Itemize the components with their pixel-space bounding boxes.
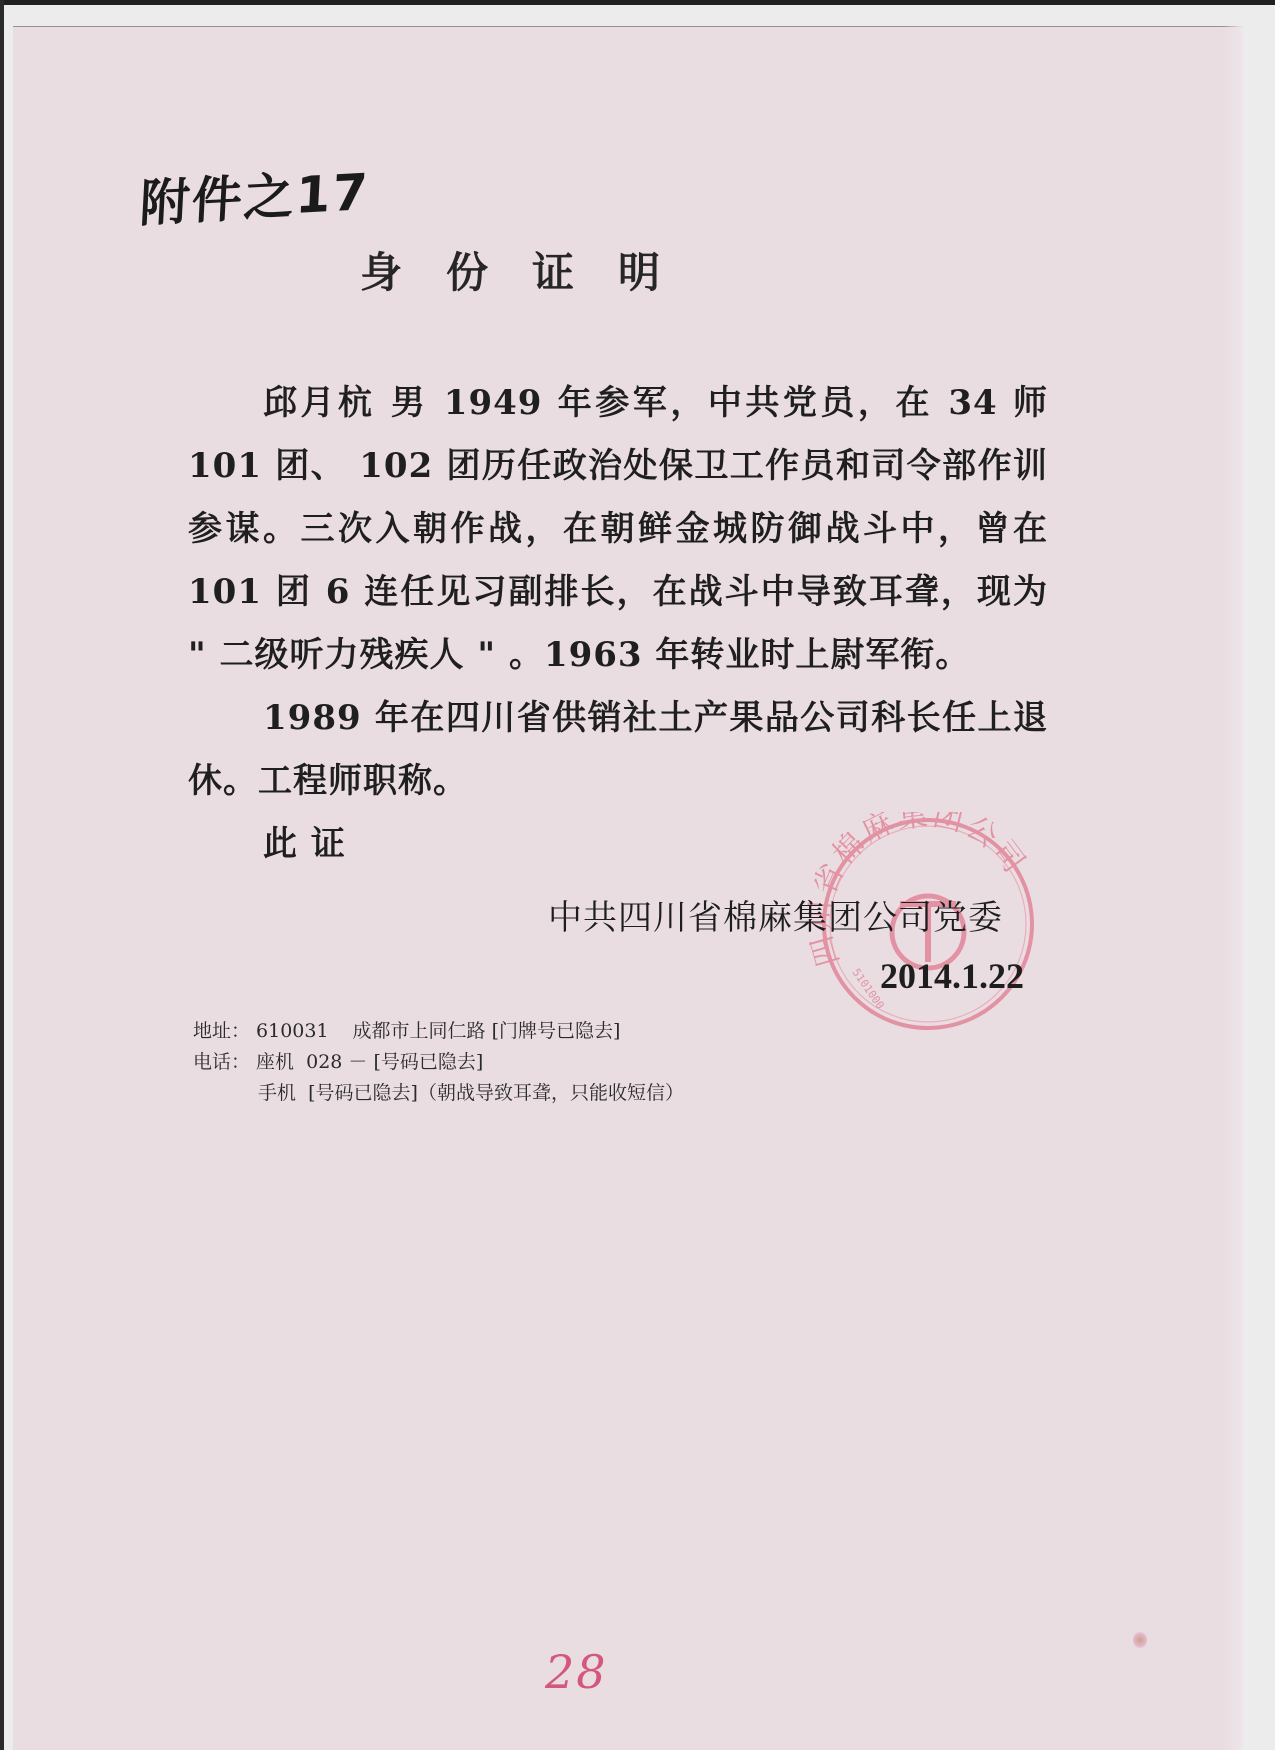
mobile-line: 手机 [号码已隐去]（朝战导致耳聋，只能收短信） [193, 1078, 684, 1109]
phone-label: 电话： [193, 1051, 250, 1073]
scanner-left-shadow [0, 0, 4, 1750]
postcode: 610031 [256, 1020, 329, 1042]
issuing-organization: 中共四川省棉麻集团公司党委 [548, 890, 1003, 939]
street-address: 成都市上同仁路 [门牌号已隐去] [353, 1020, 621, 1042]
document-body: 邱月杭 男 1949 年参军，中共党员，在 34 师 101 团、 102 团历… [188, 372, 1048, 876]
document-title: 身份证明 [360, 240, 704, 300]
body-paragraph-retirement: 1989 年在四川省供销社土产果品公司科长任上退休。工程师职称。 [188, 687, 1048, 813]
ink-smudge [1133, 1632, 1147, 1648]
address-label: 地址： [193, 1020, 250, 1042]
body-paragraph-service: 邱月杭 男 1949 年参军，中共党员，在 34 师 101 团、 102 团历… [188, 372, 1048, 687]
scanner-top-shadow [0, 0, 1275, 5]
address-line: 地址：610031成都市上同仁路 [门牌号已隐去] [193, 1016, 684, 1047]
scan-frame: 附件之17 身份证明 邱月杭 男 1949 年参军，中共党员，在 34 师 10… [0, 0, 1275, 1750]
contact-info: 地址：610031成都市上同仁路 [门牌号已隐去] 电话：座机 028 － [号… [193, 1016, 684, 1109]
landline-line: 电话：座机 028 － [号码已隐去] [193, 1047, 684, 1078]
mobile-label: 手机 [258, 1082, 296, 1104]
handwritten-page-number: 28 [545, 1645, 608, 1699]
handwritten-attachment-label: 附件之17 [138, 152, 371, 236]
issue-date: 2014.1.22 [880, 955, 1024, 997]
mobile-note: （朝战导致耳聋，只能收短信） [418, 1082, 684, 1104]
mobile-number: [号码已隐去] [308, 1082, 418, 1104]
landline-number: 028 － [号码已隐去] [306, 1051, 483, 1073]
landline-label: 座机 [256, 1051, 294, 1073]
